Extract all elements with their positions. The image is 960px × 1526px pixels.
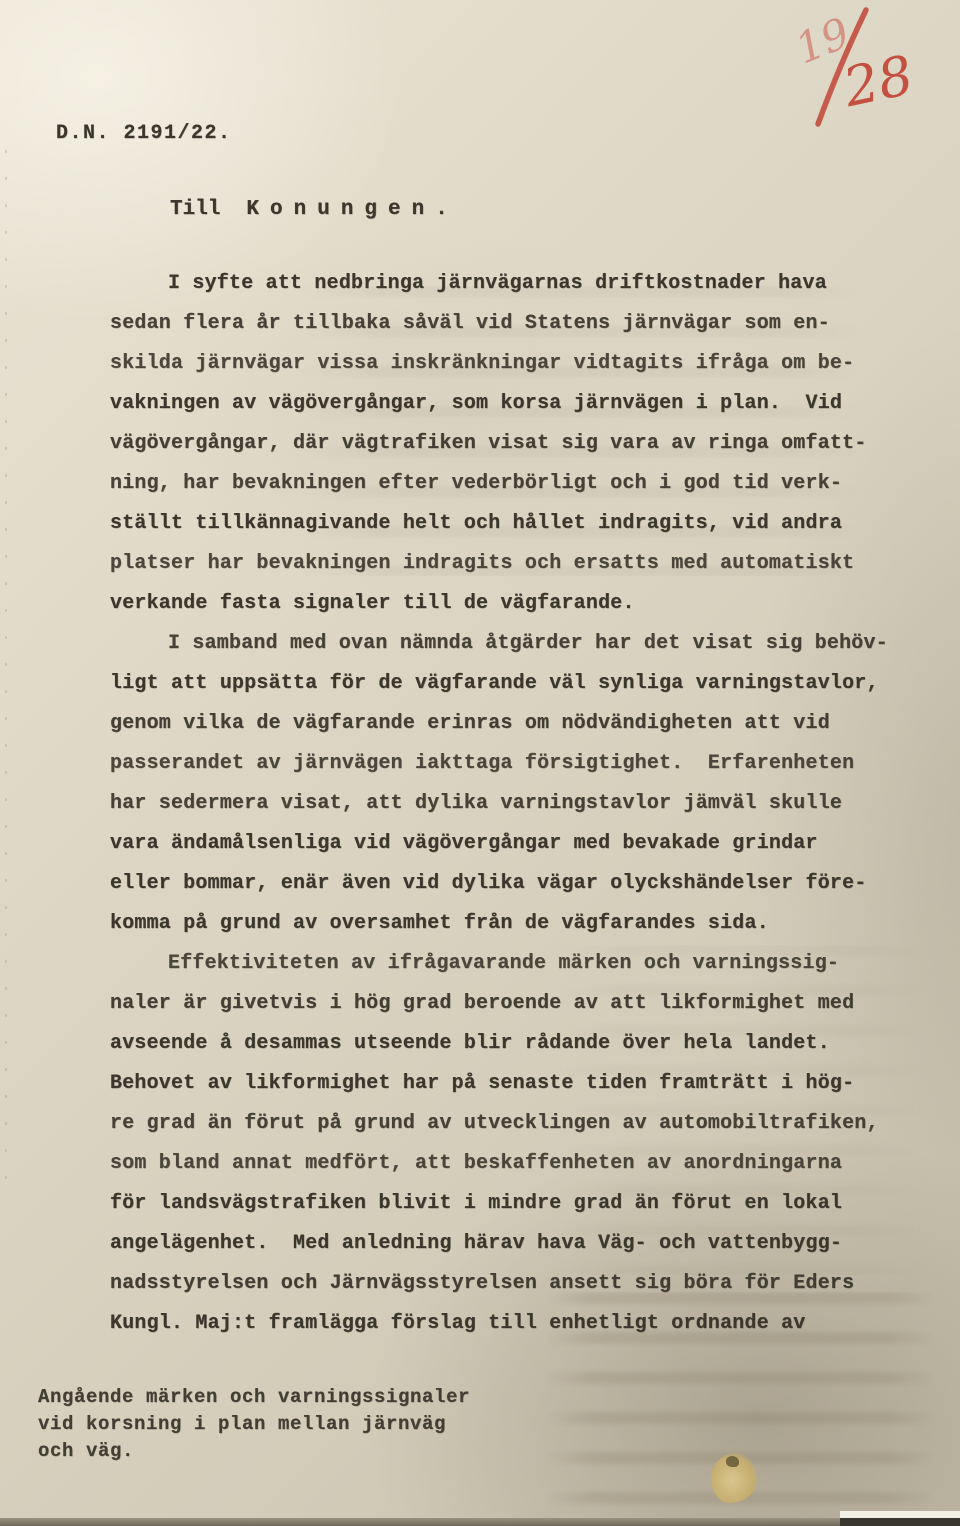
letter-body: I syfte att nedbringa järnvägarnas drift… — [110, 272, 888, 1352]
body-line: vägövergångar, där vägtrafiken visat sig… — [110, 432, 888, 472]
binding-perforation-line — [5, 150, 7, 1200]
body-line: ning, har bevakningen efter vederbörligt… — [110, 472, 888, 512]
body-line: Kungl. Maj:t framlägga förslag till enhe… — [110, 1312, 888, 1352]
body-line: Behovet av likformighet har på senaste t… — [110, 1072, 888, 1112]
body-line: komma på grund av oversamhet från de väg… — [110, 912, 888, 952]
folio-denominator: 28 — [837, 43, 918, 119]
body-line: för landsvägstrafiken blivit i mindre gr… — [110, 1192, 888, 1232]
body-line: vara ändamålsenliga vid vägövergångar me… — [110, 832, 888, 872]
body-line: ligt att uppsätta för de vägfarande väl … — [110, 672, 888, 712]
scan-bottom-edge — [0, 1518, 960, 1526]
body-line: avseende å desammas utseende blir rådand… — [110, 1032, 888, 1072]
salutation-name: Konungen. — [246, 198, 458, 221]
body-line: ställt tillkännagivande helt och hållet … — [110, 512, 888, 552]
body-line: har sedermera visat, att dylika varnings… — [110, 792, 888, 832]
body-line: I samband med ovan nämnda åtgärder har d… — [110, 632, 888, 672]
body-line: naler är givetvis i hög grad beroende av… — [110, 992, 888, 1032]
body-line: nadsstyrelsen och Järnvägsstyrelsen anse… — [110, 1272, 888, 1312]
body-line: eller bommar, enär även vid dylika vägar… — [110, 872, 888, 912]
body-line: angelägenhet. Med anledning härav hava V… — [110, 1232, 888, 1272]
salutation-prefix: Till — [170, 198, 220, 221]
scan-corner-shadow — [840, 1518, 960, 1526]
subject-line: och väg. — [38, 1440, 470, 1467]
docket-subject-note: Angående märken och varningssignalervid … — [38, 1386, 470, 1467]
body-line: platser har bevakningen indragits och er… — [110, 552, 888, 592]
body-line: som bland annat medfört, att beskaffenhe… — [110, 1152, 888, 1192]
subject-line: Angående märken och varningssignaler — [38, 1386, 470, 1413]
body-line: I syfte att nedbringa järnvägarnas drift… — [110, 272, 888, 312]
handwritten-folio-annotation: 19 28 — [748, 2, 958, 152]
subject-line: vid korsning i plan mellan järnväg — [38, 1413, 470, 1440]
body-line: skilda järnvägar vissa inskränkningar vi… — [110, 352, 888, 392]
body-line: re grad än förut på grund av utvecklinge… — [110, 1112, 888, 1152]
body-line: passerandet av järnvägen iakttaga försig… — [110, 752, 888, 792]
body-line: vakningen av vägövergångar, som korsa jä… — [110, 392, 888, 432]
body-line: genom vilka de vägfarande erinras om nöd… — [110, 712, 888, 752]
paper-stain — [711, 1453, 757, 1503]
document-page: 19 28 D.N. 2191/22. TillKonungen. I syft… — [0, 0, 960, 1526]
salutation: TillKonungen. — [170, 198, 459, 221]
docket-number: D.N. 2191/22. — [56, 122, 232, 145]
body-line: verkande fasta signaler till de vägfaran… — [110, 592, 888, 632]
body-line: Effektiviteten av ifrågavarande märken o… — [110, 952, 888, 992]
body-line: sedan flera år tillbaka såväl vid Staten… — [110, 312, 888, 352]
